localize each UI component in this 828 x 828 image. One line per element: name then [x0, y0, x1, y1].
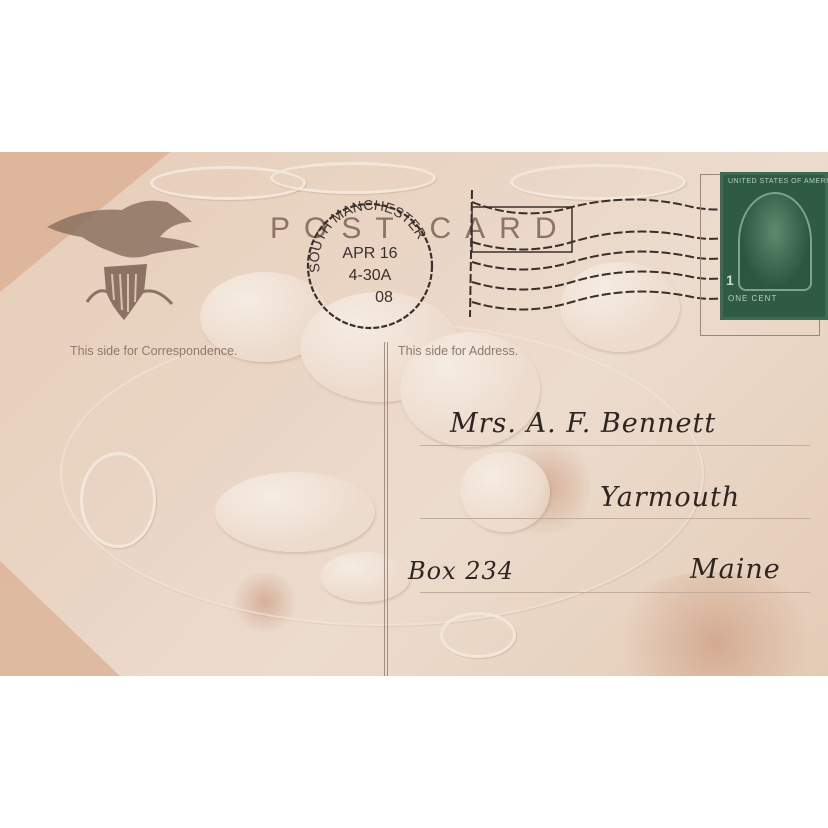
- embossed-swirl: [440, 612, 516, 658]
- stamp-numeral: 1: [726, 272, 734, 288]
- svg-text:SOUTH MANCHESTER: SOUTH MANCHESTER: [306, 197, 430, 274]
- embossed-leaf: [320, 552, 410, 602]
- recipient-name: Mrs. A. F. Bennett: [450, 408, 716, 439]
- svg-text:4-30A: 4-30A: [349, 267, 392, 284]
- franklin-portrait-icon: [738, 192, 812, 291]
- embossed-swirl: [80, 452, 156, 548]
- embossed-leaf: [215, 472, 375, 552]
- address-line: [420, 445, 810, 446]
- recipient-state: Maine: [690, 554, 781, 585]
- eagle-shield-icon: [42, 192, 202, 322]
- svg-text:APR 16: APR 16: [342, 245, 397, 262]
- embossed-bird: [460, 452, 550, 532]
- recipient-city: Yarmouth: [600, 482, 740, 513]
- stamp-country: UNITED STATES OF AMERICA: [728, 178, 828, 185]
- correspondence-label: This side for Correspondence.: [70, 344, 237, 358]
- aged-corner-stain: [0, 561, 120, 676]
- stamp-denomination: ONE CENT: [728, 294, 777, 303]
- divider-line: [384, 342, 388, 676]
- postmark-icon: SOUTH MANCHESTER APR 16 4-30A 08: [300, 194, 440, 334]
- svg-text:08: 08: [375, 289, 393, 306]
- recipient-box: Box 234: [408, 557, 514, 585]
- embossed-swirl: [270, 162, 436, 194]
- postcard-back: POST CARD SOUTH MANCHESTER APR 16 4-30A …: [0, 152, 828, 676]
- address-label: This side for Address.: [398, 344, 518, 358]
- address-line: [420, 518, 810, 519]
- water-stain: [600, 572, 828, 676]
- address-line: [420, 592, 810, 593]
- postage-stamp: UNITED STATES OF AMERICA 1 ONE CENT: [720, 172, 828, 320]
